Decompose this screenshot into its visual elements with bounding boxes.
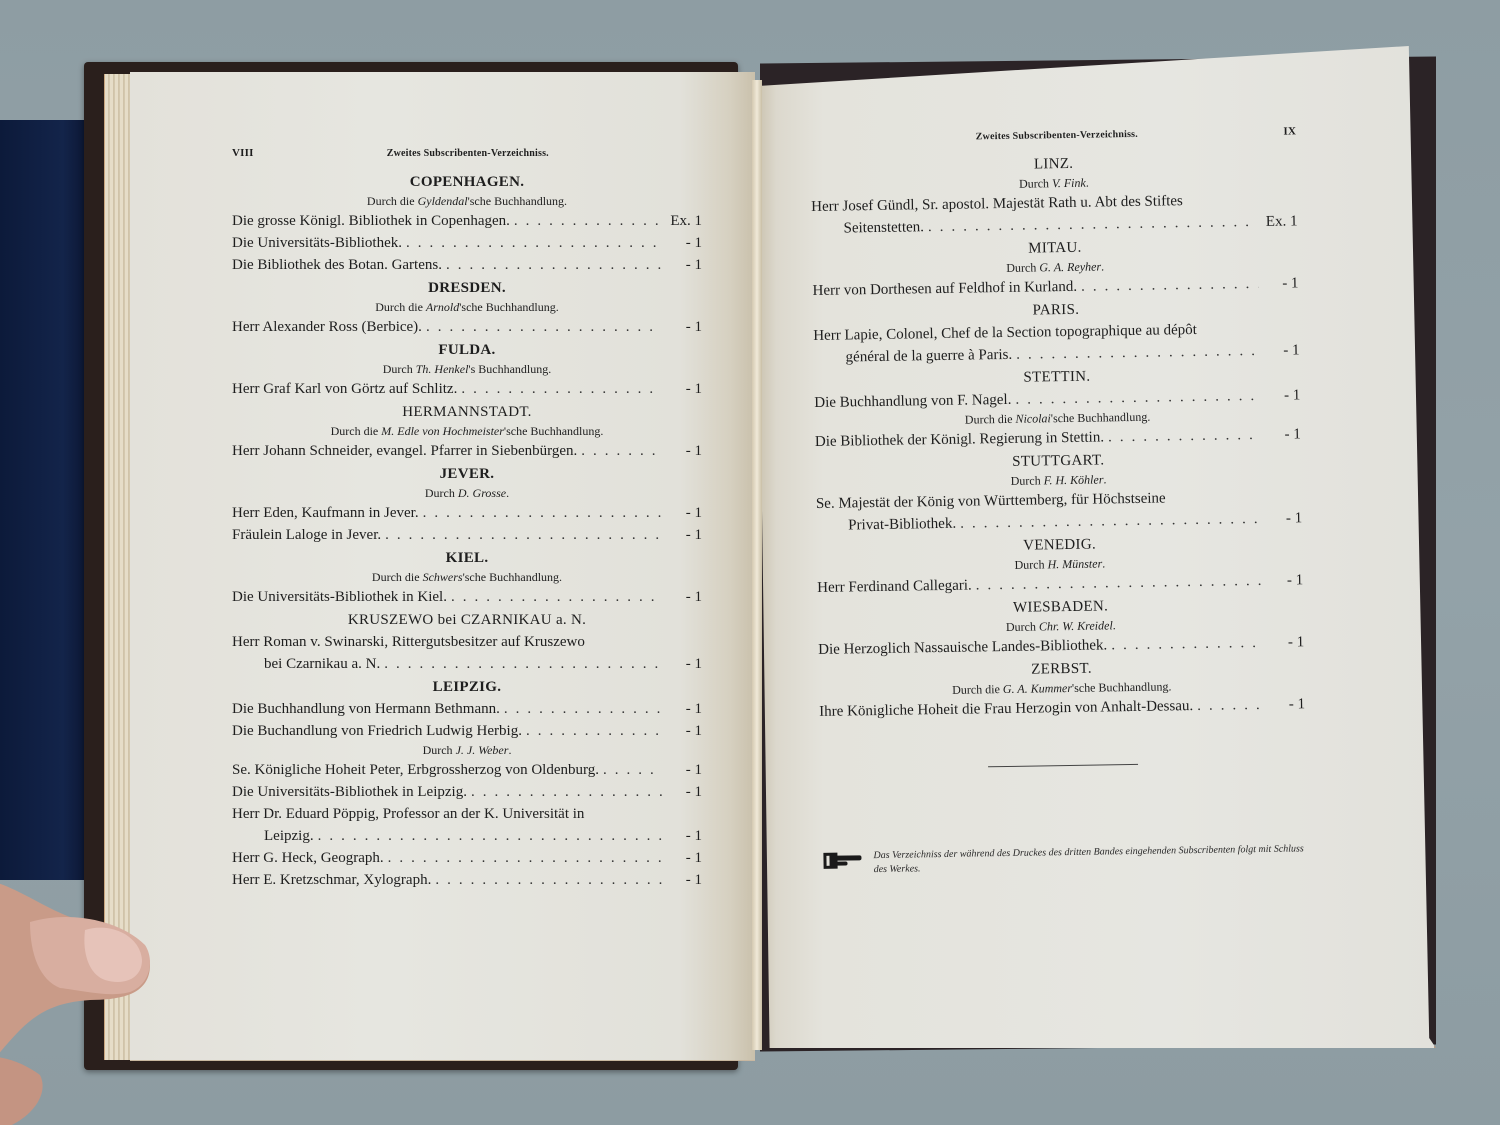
subscriber-entry: Die Bibliothek des Botan. Gartens.......… bbox=[232, 254, 702, 276]
subscriber-name: Herr Ferdinand Callegari. bbox=[817, 575, 972, 599]
subscriber-entry: Herr Graf Karl von Görtz auf Schlitz....… bbox=[232, 378, 702, 400]
via-suffix: 'sche Buchhandlung. bbox=[468, 194, 567, 208]
subscriber-entry: Herr Alexander Ross (Berbice)...........… bbox=[232, 316, 702, 338]
subscriber-entry: Herr Josef Gündl, Sr. apostol. Majestät … bbox=[811, 188, 1298, 240]
copies-count: - 1 bbox=[662, 254, 702, 276]
copies-count: - 1 bbox=[662, 316, 702, 338]
via-prefix: Durch die bbox=[367, 194, 418, 208]
subscriber-name: Se. Königliche Hoheit Peter, Erbgrossher… bbox=[232, 759, 599, 781]
subscriber-name: Herr von Dorthesen auf Feldhof in Kurlan… bbox=[812, 276, 1077, 302]
bookseller-name: Nicolai bbox=[1015, 411, 1051, 426]
leader-dots: ........................................… bbox=[522, 720, 662, 742]
subscriber-name: Herr Dr. Eduard Pöppig, Professor an der… bbox=[232, 803, 702, 825]
right-page-text: Zweites Subscribenten-Verzeichniss. IX L… bbox=[810, 120, 1308, 878]
subscriber-name: Die Bibliothek des Botan. Gartens. bbox=[232, 254, 442, 276]
bookseller-name: J. J. Weber bbox=[456, 743, 509, 757]
bookseller-line: Durch die Gyldendal'sche Buchhandlung. bbox=[232, 193, 702, 210]
subscriber-entry: Die Universitäts-Bibliothek in Kiel.....… bbox=[232, 586, 702, 608]
page-number: VIII bbox=[232, 142, 254, 164]
city-heading: HERMANNSTADT. bbox=[232, 401, 702, 423]
city-heading: LEIPZIG. bbox=[232, 676, 702, 698]
via-suffix: 'sche Buchhandlung. bbox=[1051, 410, 1151, 426]
leader-dots: ........................................… bbox=[457, 378, 662, 400]
bookseller-name: G. A. Kummer bbox=[1003, 681, 1072, 696]
subscriber-name: Herr E. Kretzschmar, Xylograph. bbox=[232, 869, 431, 891]
city-heading: KIEL. bbox=[232, 547, 702, 569]
copies-count: - 1 bbox=[1259, 339, 1299, 362]
copies-count: - 1 bbox=[662, 698, 702, 720]
subscriber-name: Die grosse Königl. Bibliothek in Copenha… bbox=[232, 210, 510, 232]
bookseller-line: Durch die M. Edle von Hochmeister'sche B… bbox=[232, 423, 702, 440]
leader-dots: ........................................… bbox=[419, 502, 662, 524]
copies-count: Ex. 1 bbox=[662, 210, 702, 232]
leader-dots: ........................................… bbox=[1193, 694, 1265, 717]
leader-dots: ........................................… bbox=[431, 869, 662, 891]
via-prefix: Durch die bbox=[375, 300, 426, 314]
subscriber-name-continued: bei Czarnikau a. N......................… bbox=[232, 653, 702, 675]
leader-dots: ........................................… bbox=[381, 524, 662, 546]
subscriber-name: Ihre Königliche Hoheit die Frau Herzogin… bbox=[819, 695, 1193, 723]
copies-count: - 1 bbox=[1258, 272, 1298, 295]
copies-count: - 1 bbox=[1263, 569, 1303, 592]
subscriber-entry: Herr Eden, Kaufmann in Jever............… bbox=[232, 502, 702, 524]
leader-dots: ........................................… bbox=[422, 316, 662, 338]
via-prefix: Durch bbox=[425, 486, 458, 500]
subscriber-name-line2: Privat-Bibliothek. bbox=[848, 513, 956, 537]
running-head-title: Zweites Subscribenten-Verzeichniss. bbox=[830, 122, 1284, 151]
bookseller-line: Durch die Schwers'sche Buchhandlung. bbox=[232, 569, 702, 586]
bookseller-name: V. Fink bbox=[1052, 176, 1086, 191]
via-suffix: . bbox=[1102, 556, 1105, 570]
via-prefix: Durch bbox=[423, 743, 456, 757]
leader-dots: ........................................… bbox=[402, 232, 662, 254]
subscriber-name: Die Buchhandlung von F. Nagel. bbox=[814, 389, 1011, 414]
subscriber-name: Die Bibliothek der Königl. Regierung in … bbox=[815, 426, 1104, 453]
copies-count: - 1 bbox=[1265, 693, 1305, 716]
subscriber-entry: Se. Königliche Hoheit Peter, Erbgrossher… bbox=[232, 759, 702, 781]
subscriber-name-line2: général de la guerre à Paris. bbox=[845, 344, 1012, 369]
copies-count: - 1 bbox=[662, 781, 702, 803]
subscriber-entry: Die Universitäts-Bibliothek.............… bbox=[232, 232, 702, 254]
subscriber-list: COPENHAGEN.Durch die Gyldendal'sche Buch… bbox=[232, 171, 702, 891]
via-suffix: . bbox=[1103, 472, 1106, 486]
bookseller-name: Schwers bbox=[423, 570, 463, 584]
bookseller-name: Arnold bbox=[426, 300, 459, 314]
via-suffix: . bbox=[508, 743, 511, 757]
via-prefix: Durch die bbox=[965, 412, 1016, 427]
via-prefix: Durch bbox=[1014, 557, 1047, 572]
leader-dots: ........................................… bbox=[500, 698, 662, 720]
leader-dots: ........................................… bbox=[1104, 424, 1261, 448]
via-prefix: Durch die bbox=[372, 570, 423, 584]
subscriber-entry: Se. Majestät der König von Württemberg, … bbox=[816, 485, 1303, 537]
subscriber-name-line2: Leipzig. bbox=[264, 825, 314, 847]
copies-count: - 1 bbox=[662, 524, 702, 546]
via-suffix: . bbox=[506, 486, 509, 500]
bookseller-name: M. Edle von Hochmeister bbox=[381, 424, 504, 438]
copies-count: - 1 bbox=[662, 759, 702, 781]
leader-dots: ........................................… bbox=[380, 653, 662, 675]
leader-dots: ........................................… bbox=[442, 254, 662, 276]
leader-dots: ........................................… bbox=[314, 825, 662, 847]
via-suffix: 'sche Buchhandlung. bbox=[463, 570, 562, 584]
subscriber-entry: Die Universitäts-Bibliothek in Leipzig..… bbox=[232, 781, 702, 803]
subscriber-name: Herr Graf Karl von Görtz auf Schlitz. bbox=[232, 378, 457, 400]
divider-rule bbox=[988, 764, 1138, 767]
subscriber-entry: Herr Johann Schneider, evangel. Pfarrer … bbox=[232, 440, 702, 462]
subscriber-name: Herr Alexander Ross (Berbice). bbox=[232, 316, 422, 338]
subscriber-name-continued: Leipzig.................................… bbox=[232, 825, 702, 847]
bookseller-name: D. Grosse bbox=[458, 486, 506, 500]
via-prefix: Durch die bbox=[331, 424, 382, 438]
leader-dots: ........................................… bbox=[577, 440, 662, 462]
bookseller-name: Chr. W. Kreidel bbox=[1039, 618, 1113, 633]
via-suffix: 'sche Buchhandlung. bbox=[504, 424, 603, 438]
bookseller-line: Durch J. J. Weber. bbox=[232, 742, 702, 759]
subscriber-name-line2: bei Czarnikau a. N. bbox=[264, 653, 380, 675]
subscriber-entry: Die Buchhandlung von Hermann Bethmann...… bbox=[232, 698, 702, 720]
via-prefix: Durch die bbox=[952, 682, 1003, 697]
running-head-title: Zweites Subscribenten-Verzeichniss. bbox=[254, 143, 682, 165]
bookseller-name: Gyldendal bbox=[418, 194, 468, 208]
copies-count: - 1 bbox=[662, 847, 702, 869]
leader-dots: ........................................… bbox=[1011, 385, 1260, 411]
subscriber-entry: Herr G. Heck, Geograph..................… bbox=[232, 847, 702, 869]
bookseller-name: F. H. Köhler bbox=[1044, 472, 1104, 487]
subscriber-name: Die Buchhandlung von Hermann Bethmann. bbox=[232, 698, 500, 720]
subscriber-name: Die Universitäts-Bibliothek in Kiel. bbox=[232, 586, 447, 608]
city-heading: KRUSZEWO bei CZARNIKAU a. N. bbox=[232, 609, 702, 631]
subscriber-entry: Herr Dr. Eduard Pöppig, Professor an der… bbox=[232, 803, 702, 847]
subscriber-name: Herr Roman v. Swinarski, Rittergutsbesit… bbox=[232, 631, 702, 653]
subscriber-name: Die Herzoglich Nassauische Landes-Biblio… bbox=[818, 634, 1107, 661]
subscriber-entry: Herr E. Kretzschmar, Xylograph..........… bbox=[232, 869, 702, 891]
city-heading: FULDA. bbox=[232, 339, 702, 361]
via-suffix: 'sche Buchhandlung. bbox=[1072, 679, 1172, 695]
copies-count: - 1 bbox=[1264, 631, 1304, 654]
page-number: IX bbox=[1283, 120, 1296, 142]
bookseller-line: Durch die Arnold'sche Buchhandlung. bbox=[232, 299, 702, 316]
via-suffix: 's Buchhandlung. bbox=[468, 362, 551, 376]
book-gutter bbox=[752, 80, 762, 1050]
subscriber-entry: Die grosse Königl. Bibliothek in Copenha… bbox=[232, 210, 702, 232]
bookseller-line: Durch D. Grosse. bbox=[232, 485, 702, 502]
city-heading: COPENHAGEN. bbox=[232, 171, 702, 193]
city-heading: DRESDEN. bbox=[232, 277, 702, 299]
leader-dots: ........................................… bbox=[384, 847, 662, 869]
subscriber-entry: Die Buchandlung von Friedrich Ludwig Her… bbox=[232, 720, 702, 742]
via-prefix: Durch bbox=[383, 362, 416, 376]
subscriber-entry: Fräulein Laloge in Jever................… bbox=[232, 524, 702, 546]
leader-dots: ........................................… bbox=[510, 210, 662, 232]
bookseller-line: Durch Th. Henkel's Buchhandlung. bbox=[232, 361, 702, 378]
copies-count: - 1 bbox=[1260, 384, 1300, 407]
leader-dots: ........................................… bbox=[467, 781, 662, 803]
copies-count: - 1 bbox=[662, 440, 702, 462]
copies-count: - 1 bbox=[662, 586, 702, 608]
copies-count: - 1 bbox=[662, 869, 702, 891]
bookseller-name: G. A. Reyher bbox=[1039, 259, 1101, 274]
background-blue-object bbox=[0, 120, 90, 880]
copies-count: - 1 bbox=[662, 232, 702, 254]
copies-count: - 1 bbox=[1262, 507, 1302, 530]
subscriber-name-line2: Seitenstetten. bbox=[843, 216, 924, 239]
city-heading: JEVER. bbox=[232, 463, 702, 485]
bookseller-name: Th. Henkel bbox=[416, 362, 469, 376]
subscriber-name: Fräulein Laloge in Jever. bbox=[232, 524, 381, 546]
via-prefix: Durch bbox=[1011, 473, 1044, 488]
leader-dots: ........................................… bbox=[599, 759, 662, 781]
subscriber-name: Die Universitäts-Bibliothek. bbox=[232, 232, 402, 254]
running-head: VIII Zweites Subscribenten-Verzeichniss. bbox=[232, 142, 702, 165]
via-suffix: . bbox=[1113, 618, 1116, 632]
leader-dots: ........................................… bbox=[447, 586, 662, 608]
via-prefix: Durch bbox=[1006, 619, 1039, 634]
copies-count: - 1 bbox=[662, 502, 702, 524]
via-suffix: . bbox=[1086, 176, 1089, 190]
bookseller-name: H. Münster bbox=[1047, 556, 1102, 571]
subscriber-list: LINZ.Durch V. Fink.Herr Josef Gündl, Sr.… bbox=[810, 149, 1305, 723]
subscriber-name: Herr Eden, Kaufmann in Jever. bbox=[232, 502, 419, 524]
subscriber-name: Die Buchandlung von Friedrich Ludwig Her… bbox=[232, 720, 522, 742]
subscriber-name: Die Universitäts-Bibliothek in Leipzig. bbox=[232, 781, 467, 803]
subscriber-entry: Herr Roman v. Swinarski, Rittergutsbesit… bbox=[232, 631, 702, 675]
copies-count: - 1 bbox=[662, 720, 702, 742]
leader-dots: ........................................… bbox=[972, 570, 1264, 597]
via-suffix: 'sche Buchhandlung. bbox=[459, 300, 558, 314]
copies-count: - 1 bbox=[1261, 423, 1301, 446]
leader-dots: ........................................… bbox=[1012, 340, 1260, 366]
pointing-hand-icon bbox=[821, 849, 865, 872]
subscriber-name: Herr G. Heck, Geograph. bbox=[232, 847, 384, 869]
copies-count: - 1 bbox=[662, 653, 702, 675]
copies-count: - 1 bbox=[662, 378, 702, 400]
subscriber-entry: Herr Lapie, Colonel, Chef de la Section … bbox=[813, 317, 1300, 369]
leader-dots: ........................................… bbox=[1077, 273, 1259, 298]
via-prefix: Durch bbox=[1019, 176, 1052, 191]
subscriber-name: Herr Johann Schneider, evangel. Pfarrer … bbox=[232, 440, 577, 462]
copies-count: - 1 bbox=[662, 825, 702, 847]
copies-count: Ex. 1 bbox=[1257, 210, 1297, 233]
leader-dots: ........................................… bbox=[1107, 632, 1264, 656]
via-prefix: Durch bbox=[1006, 260, 1039, 275]
left-page-text: VIII Zweites Subscribenten-Verzeichniss.… bbox=[232, 142, 702, 891]
via-suffix: . bbox=[1101, 259, 1104, 273]
